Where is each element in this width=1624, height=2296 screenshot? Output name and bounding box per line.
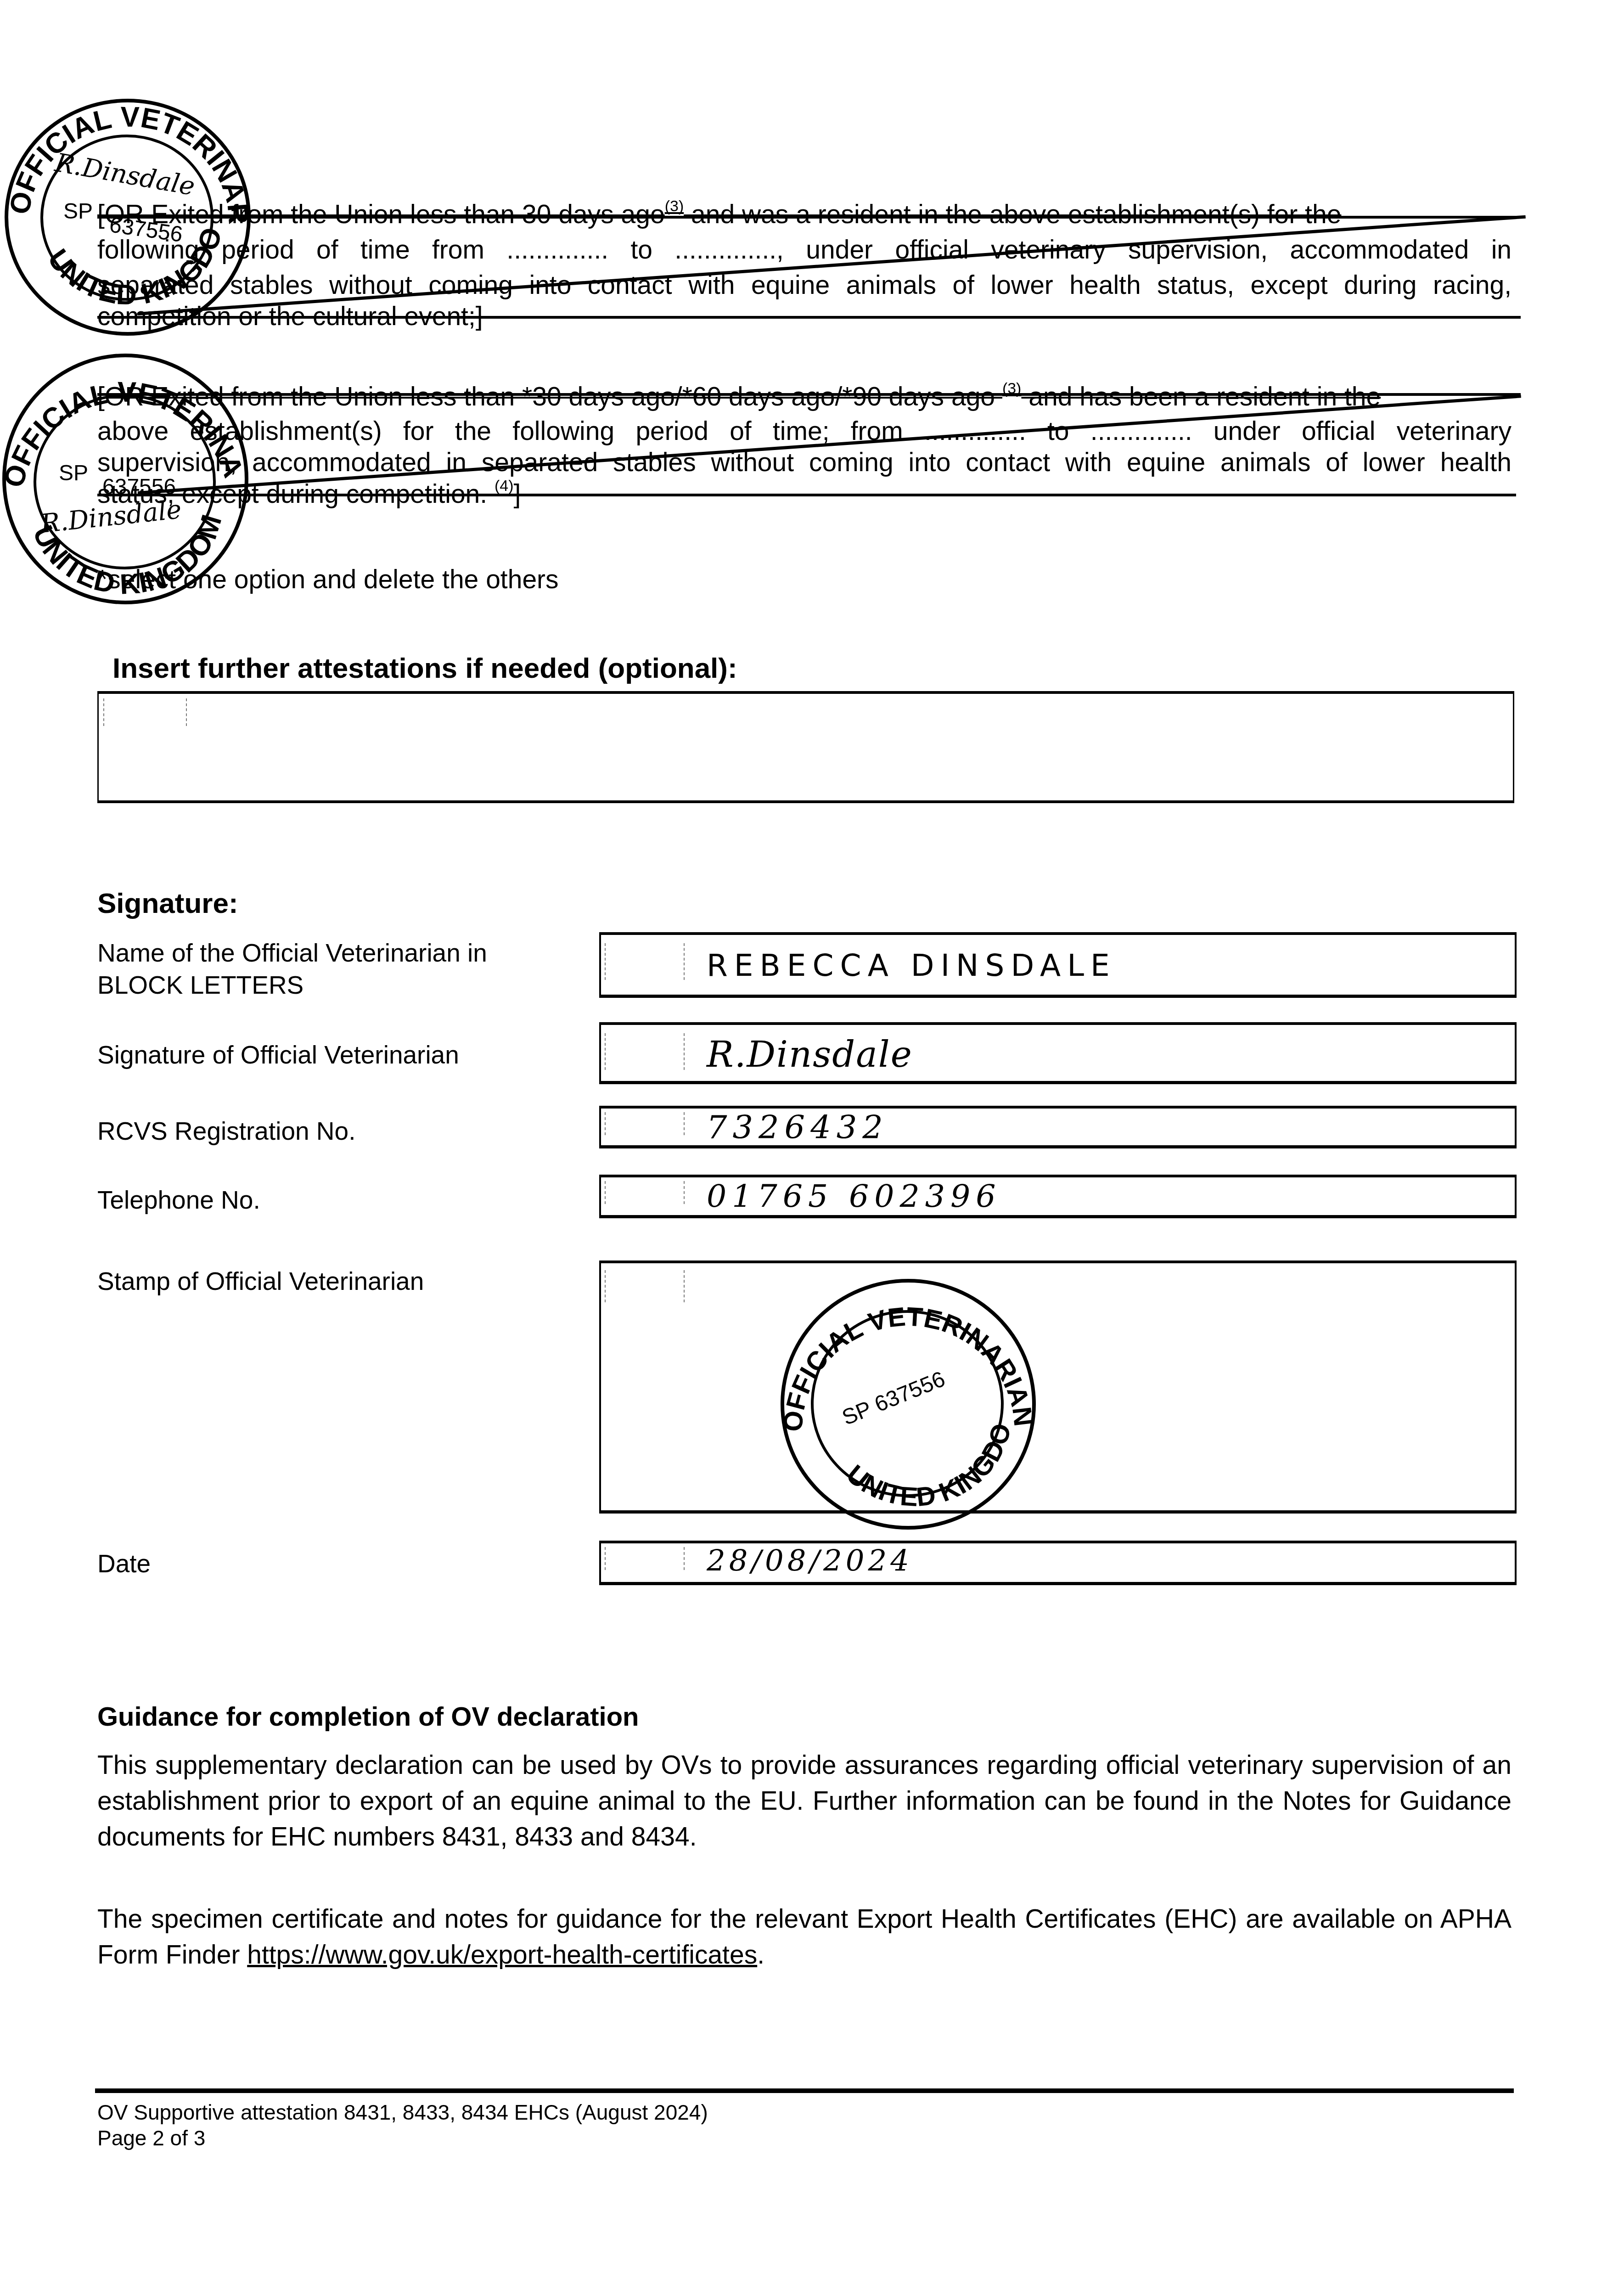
signature-field[interactable]: R.Dinsdale	[599, 1022, 1517, 1084]
date-label: Date	[97, 1548, 151, 1580]
official-veterinarian-stamp: OFFICIAL VETERINARIAN UNITED KINGDOM SP …	[781, 1279, 1036, 1530]
strike-line	[97, 216, 1521, 219]
official-veterinarian-stamp-margin-1: OFFICIAL VETERINARIAN UNITED KINGDOM R.D…	[5, 99, 251, 336]
signature-heading: Signature:	[97, 887, 238, 920]
strike-line	[97, 316, 1521, 319]
option-b-line-2: above establishment(s) for the following…	[97, 413, 1512, 449]
guidance-paragraph-1: This supplementary declaration can be us…	[97, 1747, 1512, 1855]
strike-line	[97, 494, 1516, 496]
stamp-label: Stamp of Official Veterinarian	[97, 1265, 424, 1297]
guidance-heading: Guidance for completion of OV declaratio…	[97, 1701, 639, 1732]
export-health-certificates-link[interactable]: https://www.gov.uk/export-health-certifi…	[247, 1940, 757, 1970]
telephone-label: Telephone No.	[97, 1184, 260, 1216]
footer-divider	[95, 2088, 1514, 2093]
rcvs-registration-field[interactable]: 7326432	[599, 1106, 1517, 1148]
signature-label: Signature of Official Veterinarian	[97, 1039, 459, 1071]
date-field[interactable]: 28/08/2024	[599, 1541, 1517, 1585]
telephone-field[interactable]: 01765 602396	[599, 1175, 1517, 1218]
stamp-number: SP	[59, 461, 88, 486]
stamp-field[interactable]	[599, 1261, 1517, 1514]
name-block-letters-field[interactable]: REBECCA DINSDALE	[599, 932, 1517, 998]
name-label: Name of the Official Veterinarian in BLO…	[97, 937, 487, 1001]
further-attestations-heading: Insert further attestations if needed (o…	[112, 652, 737, 685]
option-a-line-3: separated stables without coming into co…	[97, 267, 1512, 303]
page-number: Page 2 of 3	[97, 2125, 708, 2151]
select-option-instruction: *select one option and delete the others	[97, 562, 1512, 597]
svg-text:OFFICIAL VETERINARIAN: OFFICIAL VETERINARIAN	[6, 357, 245, 491]
footer-text: OV Supportive attestation 8431, 8433, 84…	[97, 2099, 708, 2151]
option-b-line-3: supervision, accommodated in separated s…	[97, 445, 1512, 480]
field-cursor-marker	[186, 698, 187, 726]
stamp-number: SP	[63, 199, 93, 224]
field-cursor-marker	[103, 698, 104, 726]
name-value: REBECCA DINSDALE	[707, 948, 1116, 983]
rcvs-label: RCVS Registration No.	[97, 1115, 355, 1147]
svg-text:OFFICIAL VETERINARIAN: OFFICIAL VETERINARIAN	[784, 1302, 1032, 1433]
telephone-value: 01765 602396	[707, 1178, 1001, 1215]
option-a-line-1: [OR Exited from the Union less than 30 d…	[97, 197, 1512, 232]
option-b-line-1: [OR Exited from the Union less than *30 …	[97, 379, 1512, 415]
rcvs-value: 7326432	[707, 1109, 888, 1146]
strike-line	[97, 393, 1521, 396]
footer-document-title: OV Supportive attestation 8431, 8433, 84…	[97, 2099, 708, 2125]
guidance-paragraph-2: The specimen certificate and notes for g…	[97, 1901, 1512, 1973]
date-value: 28/08/2024	[707, 1544, 913, 1578]
official-veterinarian-stamp-margin-2: OFFICIAL VETERINARIAN UNITED KINGDOM SP …	[2, 354, 248, 604]
signature-value: R.Dinsdale	[707, 1034, 913, 1075]
further-attestations-textarea[interactable]	[97, 691, 1514, 803]
option-a-line-2: following period of time from ..........…	[97, 232, 1512, 268]
